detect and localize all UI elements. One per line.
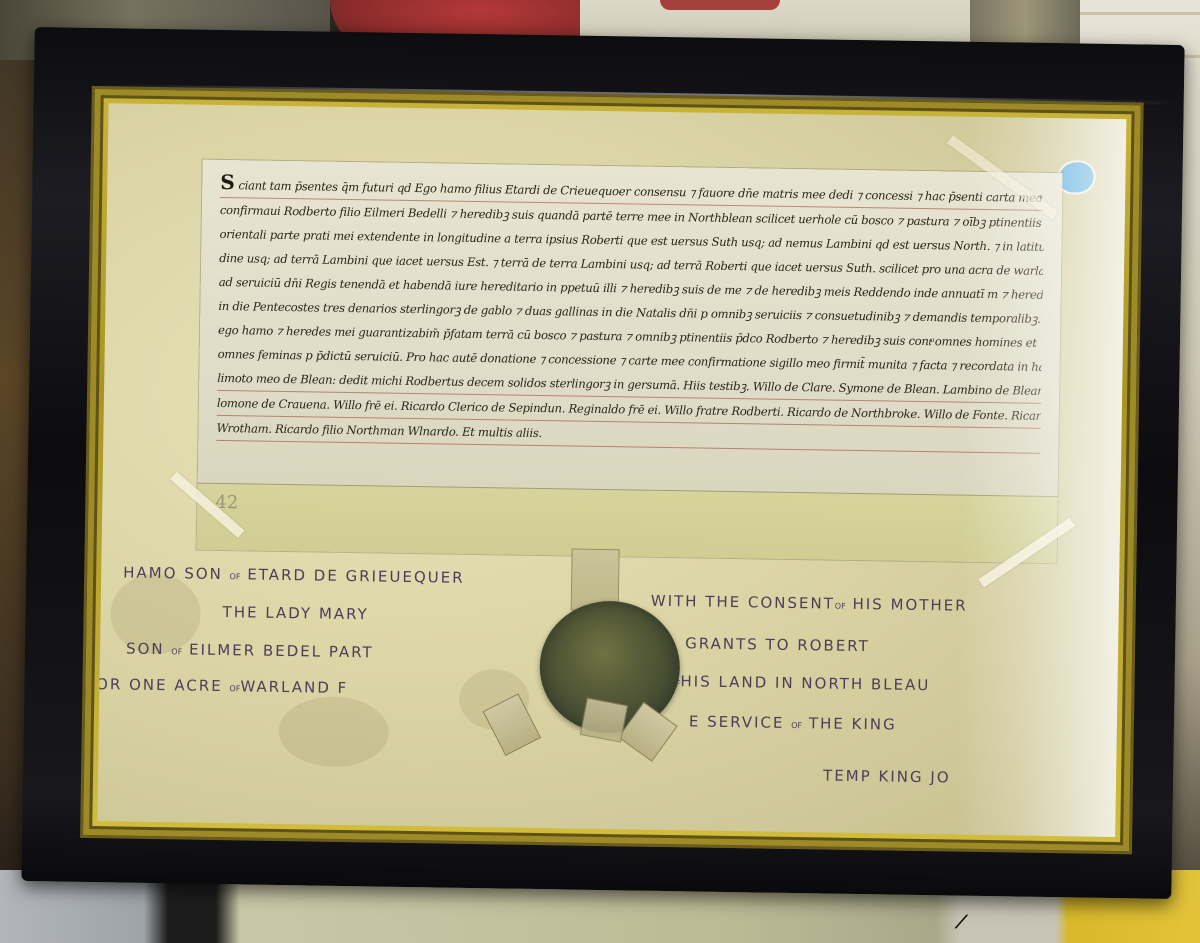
ruler-icon: ⟋ — [955, 912, 985, 942]
gilt-inner-frame: Sciant tam p̄sentes q̄m futuri qd Ego ha… — [80, 86, 1144, 854]
illuminated-initial: S — [220, 170, 235, 194]
charter-parchment: Sciant tam p̄sentes q̄m futuri qd Ego ha… — [197, 160, 1063, 563]
caption-line-2-right: Grants to Robert — [685, 634, 870, 655]
seal-fragment — [580, 697, 628, 742]
charter-text: Sciant tam p̄sentes q̄m futuri qd Ego ha… — [216, 170, 1044, 454]
blue-sticker — [1057, 160, 1096, 195]
picture-frame: Sciant tam p̄sentes q̄m futuri qd Ego ha… — [21, 27, 1184, 899]
caption-line-1-right: With the Consentof His Mother — [651, 592, 968, 615]
mount-board: Sciant tam p̄sentes q̄m futuri qd Ego ha… — [97, 103, 1126, 837]
caption-line-2-left: The Lady Mary — [222, 603, 368, 623]
caption-line-4-right: e Service of The King — [689, 712, 897, 733]
caption-line-5-right: Temp King Jo — [823, 766, 951, 786]
caption-line-1-left: Hamo Son of Etard de Grieuequer — [123, 563, 465, 586]
caption-line-3-left: Son of Eilmer Bedel part — [126, 640, 374, 662]
caption-line-4-left: For One Acre ofWarland F — [97, 675, 348, 697]
caption-line-3-right: ofHis Land in North Bleau — [669, 672, 930, 694]
